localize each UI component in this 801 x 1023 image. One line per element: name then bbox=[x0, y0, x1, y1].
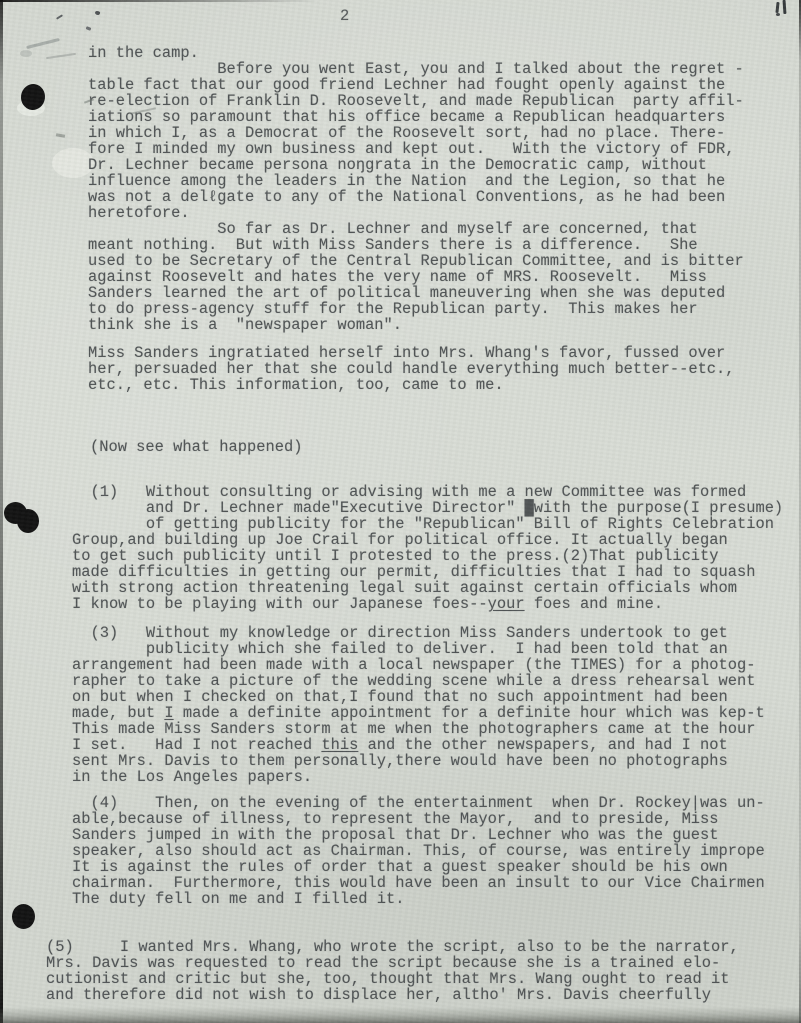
pencil-smudge-icon bbox=[56, 133, 65, 138]
punch-hole-bottom bbox=[12, 904, 35, 929]
paragraph-miss-sanders-ingratiated: Miss Sanders ingratiated herself into Mr… bbox=[88, 345, 735, 393]
paragraph-item-1: (1) Without consulting or advising with … bbox=[72, 484, 783, 612]
punch-hole-middle-lobe bbox=[17, 509, 39, 533]
pencil-scribble-icon bbox=[775, 2, 779, 13]
paragraph-item-5: (5) I wanted Mrs. Whang, who wrote the s… bbox=[46, 939, 739, 1003]
paragraph-before-east: Before you went East, you and I talked a… bbox=[88, 61, 744, 221]
scan-edge-left bbox=[0, 0, 3, 1023]
paragraph-intro-fragment: in the camp. bbox=[88, 45, 199, 61]
paragraph-item-3: (3) Without my knowledge or direction Mi… bbox=[72, 625, 765, 785]
pencil-smudge-icon bbox=[20, 50, 32, 57]
pencil-scribble-icon bbox=[783, 0, 787, 14]
pencil-scribble-icon bbox=[776, 13, 780, 16]
pencil-tick-icon bbox=[56, 14, 63, 19]
pencil-dot-icon bbox=[95, 10, 101, 15]
paragraph-so-far-as: So far as Dr. Lechner and myself are con… bbox=[88, 221, 744, 333]
page-number: 2 bbox=[340, 8, 349, 24]
pencil-smudge-icon bbox=[46, 53, 76, 59]
paragraph-now-see-what-happened: (Now see what happened) bbox=[90, 439, 302, 455]
scan-edge-top bbox=[0, 0, 320, 2]
pencil-smudge-icon bbox=[26, 38, 60, 49]
pencil-tick-icon bbox=[86, 26, 92, 31]
scan-edge-bottom bbox=[0, 1007, 801, 1023]
letter-page: 2 in the camp. Before you went East, you… bbox=[0, 0, 801, 1023]
paragraph-item-4: (4) Then, on the evening of the entertai… bbox=[72, 795, 765, 907]
